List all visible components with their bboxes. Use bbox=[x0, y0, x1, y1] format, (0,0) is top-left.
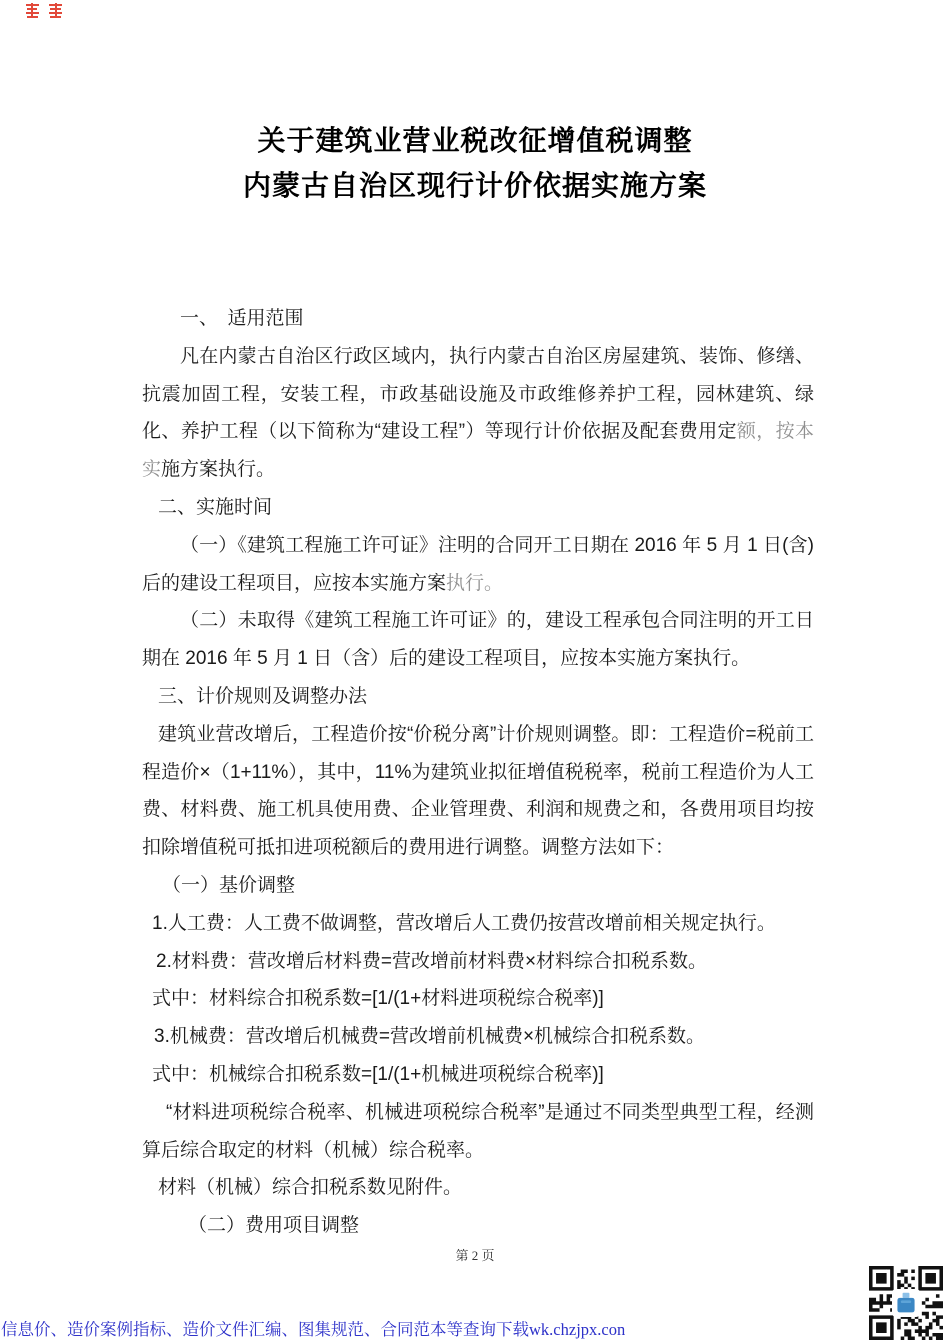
para-scope: 凡在内蒙古自治区行政区域内，执行内蒙古自治区房屋建筑、装饰、修缮、抗震加固工程，… bbox=[142, 338, 814, 489]
para-commencement-permit-text: 执行。 bbox=[446, 573, 503, 594]
para-no-permit-text: （二）未取得《建筑工程施工许可证》的，建设工程承包合同注明的开工日期在 2016… bbox=[142, 610, 814, 669]
item-machinery-cost: 3.机械费：营改增后机械费=营改增前机械费×机械综合扣税系数。 bbox=[142, 1018, 814, 1056]
item-material-cost-text: 2.材料费：营改增后材料费=营改增前材料费×材料综合扣税系数。 bbox=[156, 951, 707, 972]
section-3-heading: 三、计价规则及调整办法 bbox=[142, 678, 814, 716]
section-1-heading: 一、 适用范围 bbox=[142, 300, 814, 338]
qr-code bbox=[869, 1266, 943, 1340]
para-annex-note-text: 材料（机械）综合扣税系数见附件。 bbox=[158, 1177, 462, 1198]
para-pricing-rule: 建筑业营改增后，工程造价按“价税分离”计价规则调整。即：工程造价=税前工程造价×… bbox=[142, 716, 814, 867]
section-1-heading-text: 一、 适用范围 bbox=[180, 308, 304, 329]
title-line-1: 关于建筑业营业税改征增值税调整 bbox=[0, 118, 950, 163]
qr-center-logo bbox=[892, 1289, 920, 1317]
para-scope-text: 凡在内蒙古自治区行政区域内，执行内蒙古自治区房屋建筑、装饰、修缮、抗震加固工程，… bbox=[142, 346, 814, 443]
para-scope-text: 施方案执行。 bbox=[161, 459, 275, 480]
footer-promo-link[interactable]: 信息价、造价案例指标、造价文件汇编、图集规范、合同范本等查询下载wk.chzjp… bbox=[1, 1316, 625, 1340]
sub-heading-fee-items-text: （二）费用项目调整 bbox=[188, 1215, 359, 1236]
item-labor-cost: 1.人工费：人工费不做调整，营改增后人工费仍按营改增前相关规定执行。 bbox=[142, 905, 814, 943]
formula-machinery-text: 式中：机械综合扣税系数=[1/(1+机械进项税综合税率)] bbox=[152, 1064, 604, 1085]
formula-material-text: 式中：材料综合扣税系数=[1/(1+材料进项税综合税率)] bbox=[152, 988, 604, 1009]
bottle-logo-icon bbox=[894, 1291, 918, 1315]
sub-heading-base-price: （一）基价调整 bbox=[142, 867, 814, 905]
section-3-heading-text: 三、计价规则及调整办法 bbox=[158, 686, 367, 707]
sub-heading-base-price-text: （一）基价调整 bbox=[162, 875, 295, 896]
sub-heading-fee-items: （二）费用项目调整 bbox=[142, 1207, 814, 1245]
page-number: 第 2 页 bbox=[0, 1245, 950, 1264]
document-body: 一、 适用范围凡在内蒙古自治区行政区域内，执行内蒙古自治区房屋建筑、装饰、修缮、… bbox=[142, 300, 814, 1245]
title-line-2: 内蒙古自治区现行计价依据实施方案 bbox=[0, 163, 950, 208]
para-commencement-permit: （一）《建筑工程施工许可证》注明的合同开工日期在 2016 年 5 月 1 日(… bbox=[142, 527, 814, 603]
item-labor-cost-text: 1.人工费：人工费不做调整，营改增后人工费仍按营改增前相关规定执行。 bbox=[152, 913, 776, 934]
red-stamp-marks-icon bbox=[26, 3, 68, 20]
formula-material: 式中：材料综合扣税系数=[1/(1+材料进项税综合税率)] bbox=[142, 980, 814, 1018]
item-material-cost: 2.材料费：营改增后材料费=营改增前材料费×材料综合扣税系数。 bbox=[142, 943, 814, 981]
document-title: 关于建筑业营业税改征增值税调整 内蒙古自治区现行计价依据实施方案 bbox=[0, 0, 950, 208]
para-composite-rate-note-text: “材料进项税综合税率、机械进项税综合税率”是通过不同类型典型工程，经测算后综合取… bbox=[142, 1102, 814, 1161]
para-no-permit: （二）未取得《建筑工程施工许可证》的，建设工程承包合同注明的开工日期在 2016… bbox=[142, 602, 814, 678]
item-machinery-cost-text: 3.机械费：营改增后机械费=营改增前机械费×机械综合扣税系数。 bbox=[154, 1026, 705, 1047]
para-annex-note: 材料（机械）综合扣税系数见附件。 bbox=[142, 1169, 814, 1207]
document-page: 关于建筑业营业税改征增值税调整 内蒙古自治区现行计价依据实施方案 一、 适用范围… bbox=[0, 0, 950, 1344]
para-composite-rate-note: “材料进项税综合税率、机械进项税综合税率”是通过不同类型典型工程，经测算后综合取… bbox=[142, 1094, 814, 1170]
para-pricing-rule-text: 建筑业营改增后，工程造价按“价税分离”计价规则调整。即：工程造价=税前工程造价×… bbox=[142, 724, 814, 858]
section-2-heading: 二、实施时间 bbox=[142, 489, 814, 527]
formula-machinery: 式中：机械综合扣税系数=[1/(1+机械进项税综合税率)] bbox=[142, 1056, 814, 1094]
section-2-heading-text: 二、实施时间 bbox=[158, 497, 272, 518]
